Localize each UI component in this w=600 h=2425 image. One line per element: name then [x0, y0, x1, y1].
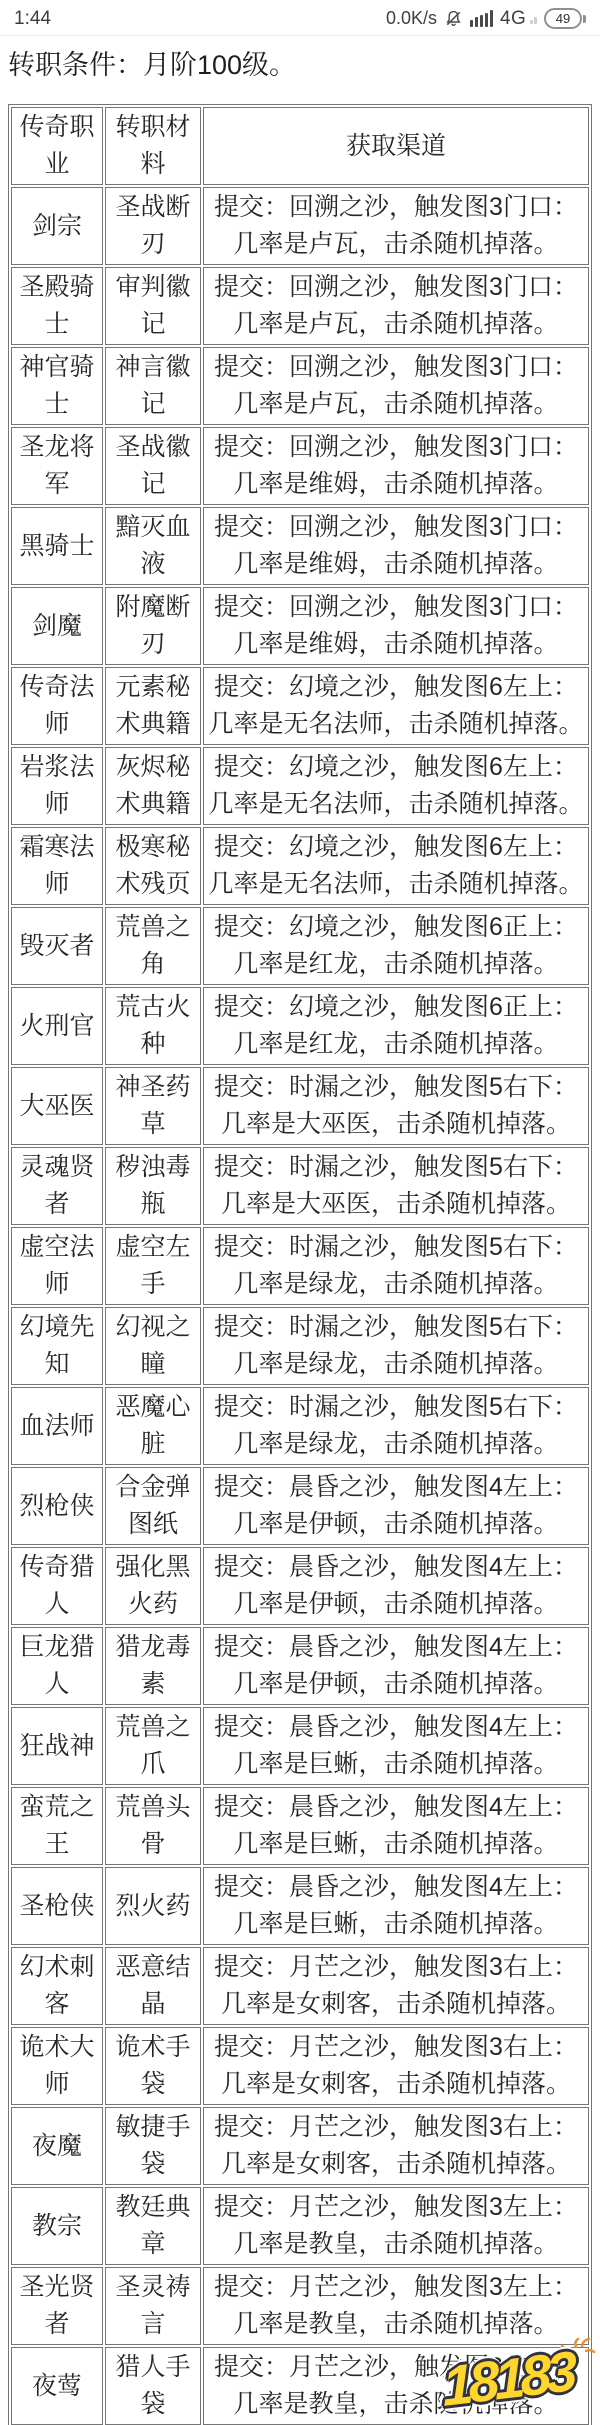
- job-cell: 圣光贤者: [11, 2267, 103, 2345]
- material-cell: 诡术手袋: [105, 2027, 201, 2105]
- material-cell: 秽浊毒瓶: [105, 1147, 201, 1225]
- channel-cell: 提交：晨昏之沙，触发图4左上：几率是巨蜥，击杀随机掉落。: [203, 1707, 589, 1785]
- table-row: 幻境先知幻视之瞳提交：时漏之沙，触发图5右下：几率是绿龙，击杀随机掉落。: [11, 1307, 589, 1385]
- job-cell: 霜寒法师: [11, 827, 103, 905]
- channel-cell: 提交：月芒之沙，触发图3左上：几率是教皇，击杀随机掉落。: [203, 2347, 589, 2425]
- material-cell: 教廷典章: [105, 2187, 201, 2265]
- job-cell: 圣枪侠: [11, 1867, 103, 1945]
- job-cell: 灵魂贤者: [11, 1147, 103, 1225]
- sim2-signal-icon: [530, 14, 537, 24]
- material-cell: 烈火药: [105, 1867, 201, 1945]
- job-cell: 夜莺: [11, 2347, 103, 2425]
- material-cell: 附魔断刃: [105, 587, 201, 665]
- table-row: 黑骑士黯灭血液提交：回溯之沙，触发图3门口：几率是维姆，击杀随机掉落。: [11, 507, 589, 585]
- job-cell: 岩浆法师: [11, 747, 103, 825]
- material-cell: 合金弹图纸: [105, 1467, 201, 1545]
- table-row: 灵魂贤者秽浊毒瓶提交：时漏之沙，触发图5右下：几率是大巫医，击杀随机掉落。: [11, 1147, 589, 1225]
- table-row: 圣光贤者圣灵祷言提交：月芒之沙，触发图3左上：几率是教皇，击杀随机掉落。: [11, 2267, 589, 2345]
- channel-cell: 提交：回溯之沙，触发图3门口：几率是维姆，击杀随机掉落。: [203, 427, 589, 505]
- job-cell: 火刑官: [11, 987, 103, 1065]
- job-cell: 诡术大师: [11, 2027, 103, 2105]
- material-cell: 荒兽之爪: [105, 1707, 201, 1785]
- table-row: 诡术大师诡术手袋提交：月芒之沙，触发图3右上：几率是女刺客，击杀随机掉落。: [11, 2027, 589, 2105]
- table-row: 蛮荒之王荒兽头骨提交：晨昏之沙，触发图4左上：几率是巨蜥，击杀随机掉落。: [11, 1787, 589, 1865]
- job-cell: 毁灭者: [11, 907, 103, 985]
- channel-cell: 提交：回溯之沙，触发图3门口：几率是卢瓦，击杀随机掉落。: [203, 267, 589, 345]
- job-cell: 幻术刺客: [11, 1947, 103, 2025]
- material-cell: 虚空左手: [105, 1227, 201, 1305]
- channel-cell: 提交：时漏之沙，触发图5右下：几率是大巫医，击杀随机掉落。: [203, 1147, 589, 1225]
- table-row: 传奇法师元素秘术典籍提交：幻境之沙，触发图6左上：几率是无名法师，击杀随机掉落。: [11, 667, 589, 745]
- column-header-job: 传奇职业: [11, 107, 103, 185]
- channel-cell: 提交：回溯之沙，触发图3门口：几率是卢瓦，击杀随机掉落。: [203, 187, 589, 265]
- job-cell: 圣殿骑士: [11, 267, 103, 345]
- channel-cell: 提交：回溯之沙，触发图3门口：几率是维姆，击杀随机掉落。: [203, 507, 589, 585]
- material-cell: 猎人手袋: [105, 2347, 201, 2425]
- table-header-row: 传奇职业 转职材料 获取渠道: [11, 107, 589, 185]
- job-cell: 蛮荒之王: [11, 1787, 103, 1865]
- channel-cell: 提交：月芒之沙，触发图3右上：几率是女刺客，击杀随机掉落。: [203, 2107, 589, 2185]
- table-row: 大巫医神圣药草提交：时漏之沙，触发图5右下：几率是大巫医，击杀随机掉落。: [11, 1067, 589, 1145]
- job-cell: 传奇法师: [11, 667, 103, 745]
- material-cell: 幻视之瞳: [105, 1307, 201, 1385]
- table-row: 狂战神荒兽之爪提交：晨昏之沙，触发图4左上：几率是巨蜥，击杀随机掉落。: [11, 1707, 589, 1785]
- table-row: 虚空法师虚空左手提交：时漏之沙，触发图5右下：几率是绿龙，击杀随机掉落。: [11, 1227, 589, 1305]
- material-cell: 圣灵祷言: [105, 2267, 201, 2345]
- table-row: 夜魔敏捷手袋提交：月芒之沙，触发图3右上：几率是女刺客，击杀随机掉落。: [11, 2107, 589, 2185]
- job-cell: 神官骑士: [11, 347, 103, 425]
- job-cell: 巨龙猎人: [11, 1627, 103, 1705]
- channel-cell: 提交：月芒之沙，触发图3左上：几率是教皇，击杀随机掉落。: [203, 2187, 589, 2265]
- job-change-condition-text: 转职条件：月阶100级。: [8, 48, 592, 82]
- channel-cell: 提交：回溯之沙，触发图3门口：几率是维姆，击杀随机掉落。: [203, 587, 589, 665]
- channel-cell: 提交：幻境之沙，触发图6正上：几率是红龙，击杀随机掉落。: [203, 907, 589, 985]
- table-row: 剑魔附魔断刃提交：回溯之沙，触发图3门口：几率是维姆，击杀随机掉落。: [11, 587, 589, 665]
- material-cell: 黯灭血液: [105, 507, 201, 585]
- channel-cell: 提交：晨昏之沙，触发图4左上：几率是巨蜥，击杀随机掉落。: [203, 1787, 589, 1865]
- table-row: 烈枪侠合金弹图纸提交：晨昏之沙，触发图4左上：几率是伊顿，击杀随机掉落。: [11, 1467, 589, 1545]
- channel-cell: 提交：幻境之沙，触发图6左上：几率是无名法师，击杀随机掉落。: [203, 667, 589, 745]
- job-cell: 大巫医: [11, 1067, 103, 1145]
- channel-cell: 提交：回溯之沙，触发图3门口：几率是卢瓦，击杀随机掉落。: [203, 347, 589, 425]
- material-cell: 敏捷手袋: [105, 2107, 201, 2185]
- material-cell: 审判徽记: [105, 267, 201, 345]
- channel-cell: 提交：晨昏之沙，触发图4左上：几率是伊顿，击杀随机掉落。: [203, 1627, 589, 1705]
- channel-cell: 提交：时漏之沙，触发图5右下：几率是绿龙，击杀随机掉落。: [203, 1307, 589, 1385]
- material-cell: 恶魔心脏: [105, 1387, 201, 1465]
- table-row: 毁灭者荒兽之角提交：幻境之沙，触发图6正上：几率是红龙，击杀随机掉落。: [11, 907, 589, 985]
- job-cell: 剑魔: [11, 587, 103, 665]
- material-cell: 荒兽之角: [105, 907, 201, 985]
- job-change-table: 传奇职业 转职材料 获取渠道 剑宗圣战断刃提交：回溯之沙，触发图3门口：几率是卢…: [8, 104, 592, 2425]
- table-row: 霜寒法师极寒秘术残页提交：幻境之沙，触发图6左上：几率是无名法师，击杀随机掉落。: [11, 827, 589, 905]
- job-cell: 狂战神: [11, 1707, 103, 1785]
- channel-cell: 提交：幻境之沙，触发图6左上：几率是无名法师，击杀随机掉落。: [203, 827, 589, 905]
- channel-cell: 提交：晨昏之沙，触发图4左上：几率是巨蜥，击杀随机掉落。: [203, 1867, 589, 1945]
- table-row: 圣殿骑士审判徽记提交：回溯之沙，触发图3门口：几率是卢瓦，击杀随机掉落。: [11, 267, 589, 345]
- job-cell: 烈枪侠: [11, 1467, 103, 1545]
- job-cell: 夜魔: [11, 2107, 103, 2185]
- network-speed-text: 0.0K/s: [386, 8, 437, 29]
- channel-cell: 提交：月芒之沙，触发图3左上：几率是教皇，击杀随机掉落。: [203, 2267, 589, 2345]
- article-body: 转职条件：月阶100级。 传奇职业 转职材料 获取渠道 剑宗圣战断刃提交：回溯之…: [0, 48, 600, 2425]
- material-cell: 圣战徽记: [105, 427, 201, 505]
- network-type-text: 4G: [500, 8, 526, 30]
- channel-cell: 提交：时漏之沙，触发图5右下：几率是绿龙，击杀随机掉落。: [203, 1387, 589, 1465]
- job-cell: 血法师: [11, 1387, 103, 1465]
- material-cell: 强化黑火药: [105, 1547, 201, 1625]
- material-cell: 恶意结晶: [105, 1947, 201, 2025]
- job-cell: 虚空法师: [11, 1227, 103, 1305]
- signal-bars-icon: [470, 10, 493, 27]
- battery-nub: [583, 15, 586, 23]
- battery-icon: 49: [544, 8, 586, 29]
- table-row: 岩浆法师灰烬秘术典籍提交：幻境之沙，触发图6左上：几率是无名法师，击杀随机掉落。: [11, 747, 589, 825]
- channel-cell: 提交：时漏之沙，触发图5右下：几率是大巫医，击杀随机掉落。: [203, 1067, 589, 1145]
- table-row: 血法师恶魔心脏提交：时漏之沙，触发图5右下：几率是绿龙，击杀随机掉落。: [11, 1387, 589, 1465]
- material-cell: 神圣药草: [105, 1067, 201, 1145]
- table-row: 圣龙将军圣战徽记提交：回溯之沙，触发图3门口：几率是维姆，击杀随机掉落。: [11, 427, 589, 505]
- channel-cell: 提交：月芒之沙，触发图3右上：几率是女刺客，击杀随机掉落。: [203, 1947, 589, 2025]
- material-cell: 极寒秘术残页: [105, 827, 201, 905]
- material-cell: 猎龙毒素: [105, 1627, 201, 1705]
- material-cell: 荒兽头骨: [105, 1787, 201, 1865]
- channel-cell: 提交：时漏之沙，触发图5右下：几率是绿龙，击杀随机掉落。: [203, 1227, 589, 1305]
- job-cell: 黑骑士: [11, 507, 103, 585]
- table-row: 剑宗圣战断刃提交：回溯之沙，触发图3门口：几率是卢瓦，击杀随机掉落。: [11, 187, 589, 265]
- table-row: 火刑官荒古火种提交：幻境之沙，触发图6正上：几率是红龙，击杀随机掉落。: [11, 987, 589, 1065]
- material-cell: 神言徽记: [105, 347, 201, 425]
- bell-slash-icon: [444, 9, 463, 28]
- column-header-material: 转职材料: [105, 107, 201, 185]
- channel-cell: 提交：幻境之沙，触发图6左上：几率是无名法师，击杀随机掉落。: [203, 747, 589, 825]
- table-row: 教宗教廷典章提交：月芒之沙，触发图3左上：几率是教皇，击杀随机掉落。: [11, 2187, 589, 2265]
- status-bar: 1:44 0.0K/s 4G 49: [0, 0, 600, 36]
- table-body: 剑宗圣战断刃提交：回溯之沙，触发图3门口：几率是卢瓦，击杀随机掉落。圣殿骑士审判…: [11, 187, 589, 2425]
- table-row: 传奇猎人强化黑火药提交：晨昏之沙，触发图4左上：几率是伊顿，击杀随机掉落。: [11, 1547, 589, 1625]
- table-row: 神官骑士神言徽记提交：回溯之沙，触发图3门口：几率是卢瓦，击杀随机掉落。: [11, 347, 589, 425]
- channel-cell: 提交：晨昏之沙，触发图4左上：几率是伊顿，击杀随机掉落。: [203, 1547, 589, 1625]
- job-cell: 教宗: [11, 2187, 103, 2265]
- material-cell: 圣战断刃: [105, 187, 201, 265]
- clock-text: 1:44: [14, 8, 51, 30]
- job-cell: 幻境先知: [11, 1307, 103, 1385]
- channel-cell: 提交：幻境之沙，触发图6正上：几率是红龙，击杀随机掉落。: [203, 987, 589, 1065]
- channel-cell: 提交：晨昏之沙，触发图4左上：几率是伊顿，击杀随机掉落。: [203, 1467, 589, 1545]
- material-cell: 荒古火种: [105, 987, 201, 1065]
- table-row: 巨龙猎人猎龙毒素提交：晨昏之沙，触发图4左上：几率是伊顿，击杀随机掉落。: [11, 1627, 589, 1705]
- channel-cell: 提交：月芒之沙，触发图3右上：几率是女刺客，击杀随机掉落。: [203, 2027, 589, 2105]
- material-cell: 元素秘术典籍: [105, 667, 201, 745]
- job-cell: 剑宗: [11, 187, 103, 265]
- battery-percent-text: 49: [544, 8, 582, 29]
- job-cell: 传奇猎人: [11, 1547, 103, 1625]
- table-row: 幻术刺客恶意结晶提交：月芒之沙，触发图3右上：几率是女刺客，击杀随机掉落。: [11, 1947, 589, 2025]
- job-cell: 圣龙将军: [11, 427, 103, 505]
- column-header-channel: 获取渠道: [203, 107, 589, 185]
- table-row: 夜莺猎人手袋提交：月芒之沙，触发图3左上：几率是教皇，击杀随机掉落。: [11, 2347, 589, 2425]
- table-row: 圣枪侠烈火药提交：晨昏之沙，触发图4左上：几率是巨蜥，击杀随机掉落。: [11, 1867, 589, 1945]
- material-cell: 灰烬秘术典籍: [105, 747, 201, 825]
